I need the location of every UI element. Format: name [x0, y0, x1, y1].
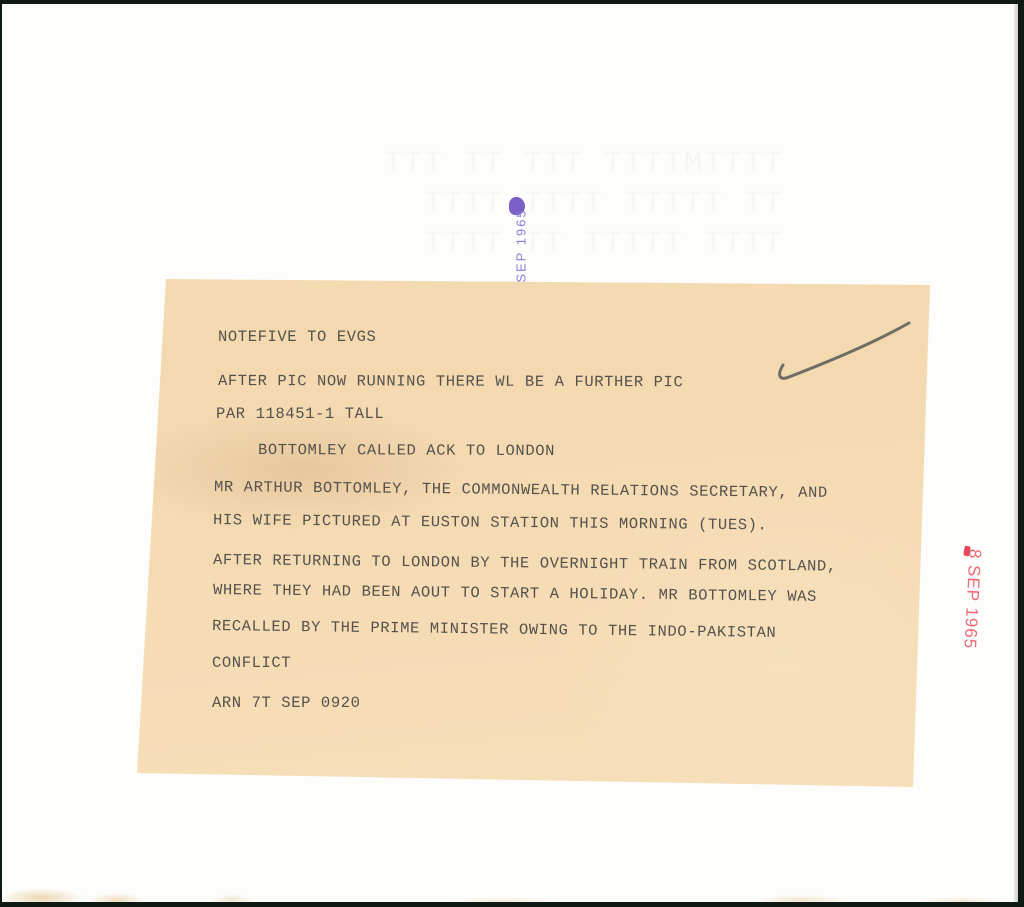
caption-line-3: PAR 118451-1 TALL: [216, 405, 384, 423]
caption-line-6: HIS WIFE PICTURED AT EUSTON STATION THIS…: [213, 511, 768, 534]
caption-line-8: WHERE THEY HAD BEEN AOUT TO START A HOLI…: [213, 581, 817, 606]
caption-line-1: NOTEFIVE TO EVGS: [218, 328, 376, 346]
date-stamp-red: 8 SEP 1965: [942, 534, 1002, 674]
caption-line-5: MR ARTHUR BOTTOMLEY, THE COMMONWEALTH RE…: [214, 478, 828, 502]
caption-line-9: RECALLED BY THE PRIME MINISTER OWING TO …: [212, 617, 777, 642]
bottom-stain: [2, 876, 1018, 902]
caption-line-2: AFTER PIC NOW RUNNING THERE WL BE A FURT…: [218, 372, 683, 391]
caption-headline: BOTTOMLEY CALLED ACK TO LONDON: [258, 441, 555, 460]
received-date-stamp-purple: SEP 1965: [495, 192, 535, 282]
caption-line-7: AFTER RETURNING TO LONDON BY THE OVERNIG…: [213, 551, 837, 576]
show-through-text: TTTTMTTTT TTT TT TTT TT TTTTT TTTT TTTT …: [382, 144, 782, 274]
check-mark-icon: [775, 315, 915, 385]
caption-line-10: CONFLICT: [212, 654, 291, 672]
caption-footer-code: ARN 7T SEP 0920: [212, 694, 361, 712]
edge-strip: [1014, 4, 1018, 902]
purple-stamp-text: SEP 1965: [514, 206, 529, 286]
